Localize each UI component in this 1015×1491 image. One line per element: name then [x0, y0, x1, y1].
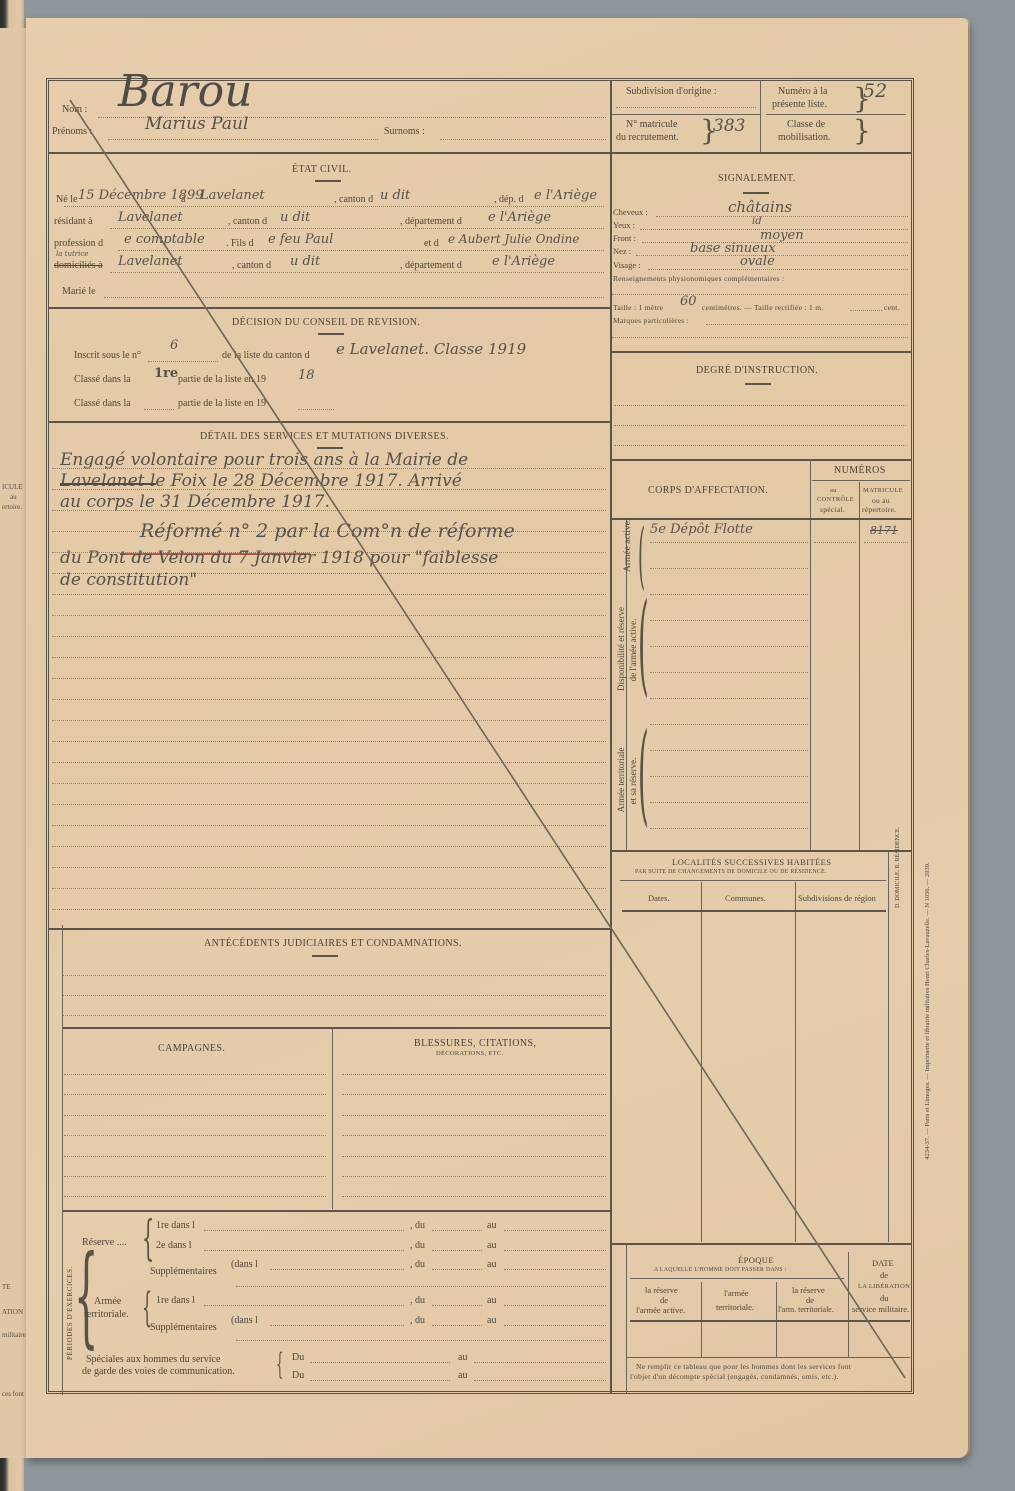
- ruled-line: [650, 620, 808, 621]
- epoque-title: ÉPOQUE: [738, 1255, 774, 1265]
- ruled-line: [614, 425, 906, 426]
- yeux-value: id: [752, 216, 762, 227]
- periodes-side-label: PÉRIODES D'EXERCICES.: [66, 1248, 74, 1378]
- brace-icon: }: [853, 114, 871, 147]
- inscrit-value: 6: [170, 338, 178, 353]
- ruled-line: [612, 294, 908, 295]
- campagnes-title: CAMPAGNES.: [158, 1043, 225, 1054]
- classe1-value: 1re: [154, 366, 178, 381]
- marques-label: Marques particulières :: [613, 316, 689, 325]
- canton2-value: u dit: [280, 210, 310, 225]
- rule: [612, 459, 912, 461]
- disponibilite-label-2: de l'armée active.: [628, 598, 638, 702]
- marie-label: Marié le: [62, 286, 96, 297]
- blessures-subtitle: DÉCORATIONS, ETC.: [436, 1050, 503, 1057]
- ruled-line: [298, 409, 334, 410]
- dep-value: e l'Ariège: [534, 188, 597, 203]
- ruled-line: [648, 269, 908, 270]
- departement3-value: e l'Ariège: [492, 254, 555, 269]
- antecedents-title: ANTÉCÉDENTS JUDICIAIRES ET CONDAMNATIONS…: [204, 938, 462, 949]
- ruled-line: [342, 1176, 606, 1177]
- signalement-title: SIGNALEMENT.: [718, 173, 796, 184]
- classe1-year: 18: [298, 368, 315, 383]
- col-subdivisions: Subdivisions de région: [798, 893, 876, 903]
- ruled-line: [650, 724, 808, 725]
- surnoms-line: [440, 139, 606, 140]
- departement-value: e l'Ariège: [488, 210, 551, 225]
- disponibilite-label-1: Disponibilité et réserve: [616, 584, 626, 714]
- ruled-line: [504, 1230, 606, 1231]
- ruled-line: [650, 646, 808, 647]
- prev-page-fragment: ICULE: [2, 483, 23, 491]
- numero-liste-label-2: présente liste.: [772, 99, 827, 110]
- ruled-line: [342, 1196, 606, 1197]
- fils-label: . Fils d: [226, 238, 254, 249]
- tutrice-note: la tutrice: [56, 250, 88, 258]
- canton2-label: , canton d: [228, 216, 267, 227]
- epoque-col: territoriale.: [716, 1302, 754, 1312]
- ruled-line: [64, 1115, 326, 1116]
- period-du: , du: [410, 1315, 425, 1326]
- domicile-residence-label: D. DOMICILE. R. RÉSIDENCE.: [895, 858, 901, 908]
- period-row-label: 1re dans l: [156, 1295, 195, 1306]
- ruled-line: [504, 1269, 606, 1270]
- epoque-col: de: [660, 1295, 668, 1305]
- renseignements-label: Renseignements physionomiques complément…: [613, 274, 784, 283]
- epoque-col: la réserve: [645, 1285, 678, 1295]
- subdivision-label: Subdivision d'origine :: [626, 86, 717, 97]
- classe-mob-label-1: Classe de: [787, 119, 825, 130]
- ruled-line: [656, 216, 908, 217]
- title-rule: [745, 383, 771, 385]
- rule: [630, 1278, 844, 1279]
- ruled-line: [270, 1269, 404, 1270]
- services-line: Engagé volontaire pour trois ans à la Ma…: [60, 450, 468, 470]
- rule: [612, 152, 912, 154]
- ruled-line: [110, 272, 604, 273]
- divider: [859, 482, 860, 850]
- rule: [812, 480, 910, 481]
- matricule-rep-label: ou au: [872, 496, 890, 505]
- prev-page-fragment: TE: [2, 1283, 11, 1291]
- ruled-line: [650, 568, 808, 569]
- ruled-line: [342, 1135, 606, 1136]
- numero-liste-label-1: Numéro à la: [778, 86, 827, 97]
- period-du: , du: [410, 1240, 425, 1251]
- conseil-title: DÉCISION DU CONSEIL DE REVISION.: [232, 317, 420, 328]
- period-au: au: [487, 1240, 496, 1251]
- ruled-line: [52, 699, 606, 700]
- du-label: Du: [292, 1370, 304, 1381]
- ruled-line: [504, 1325, 606, 1326]
- divider: [626, 1245, 627, 1393]
- ruled-line: [342, 1115, 606, 1116]
- ruled-line: [52, 825, 606, 826]
- prev-page-fragment: militaire.: [2, 1331, 27, 1339]
- etat-civil-title: ÉTAT CIVIL.: [292, 164, 352, 175]
- divider: [848, 1252, 849, 1358]
- ruled-line: [64, 1135, 326, 1136]
- front-label: Front :: [613, 233, 636, 243]
- ruled-line: [204, 1305, 404, 1306]
- liste-canton-value: e Lavelanet. Classe 1919: [336, 340, 526, 358]
- armee-terr-label-1: Armée: [94, 1296, 121, 1307]
- territoriale-label-2: et sa réserve.: [628, 744, 638, 818]
- epoque-note-1: Ne remplir ce tableau que pour les homme…: [636, 1362, 851, 1371]
- matricule-rep-label: MATRICULE: [863, 487, 903, 494]
- divider: [795, 882, 796, 1242]
- canton-value: u dit: [380, 188, 410, 203]
- services-line: du Pont de Velon du 7 Janvier 1918 pour …: [60, 548, 498, 568]
- taille-label-c: cent.: [884, 303, 900, 312]
- ruled-line: [432, 1230, 482, 1231]
- date-liberation-label: LA LIBÉRATION: [858, 1283, 910, 1290]
- period-du: , du: [410, 1295, 425, 1306]
- matricule-value: 383: [713, 116, 745, 136]
- ruled-line: [650, 672, 808, 673]
- prev-page-fragment: ATION: [2, 1308, 23, 1316]
- period-au: au: [487, 1295, 496, 1306]
- epoque-col: l'armée active.: [636, 1305, 685, 1315]
- rule: [48, 307, 610, 309]
- prenoms-line: [108, 139, 378, 140]
- title-rule: [312, 955, 338, 957]
- visage-label: Visage :: [613, 260, 641, 270]
- au-label: au: [458, 1370, 467, 1381]
- ruled-line: [474, 1380, 606, 1381]
- controle-label: spécial.: [820, 505, 845, 514]
- ruled-line: [650, 594, 808, 595]
- ruled-line: [52, 888, 606, 889]
- ruled-line: [52, 909, 606, 910]
- speciales-label-2: de garde des voies de communication.: [82, 1366, 235, 1377]
- ruled-line: [62, 1015, 606, 1016]
- ruled-line: [432, 1305, 482, 1306]
- ruled-line: [52, 636, 606, 637]
- rule: [626, 1357, 910, 1358]
- rule: [622, 910, 886, 912]
- header-divider: [760, 80, 761, 152]
- divider: [888, 852, 889, 1242]
- ruled-line: [62, 975, 606, 976]
- period-row-label: 2e dans l: [156, 1240, 192, 1251]
- departement3-label: , département d: [400, 260, 462, 271]
- ruled-line: [814, 542, 856, 543]
- ruled-line: [270, 1325, 404, 1326]
- armee-terr-label-2: territoriale.: [84, 1309, 129, 1320]
- rule: [630, 1320, 910, 1322]
- ruled-line: [64, 206, 604, 207]
- ruled-line: [64, 1196, 326, 1197]
- ruled-line: [850, 310, 882, 311]
- period-au: au: [487, 1220, 496, 1231]
- prenoms-label: Prénoms :: [52, 126, 92, 137]
- ruled-line: [310, 1362, 450, 1363]
- prenoms-value: Marius Paul: [145, 114, 248, 134]
- ruled-line: [432, 1250, 482, 1251]
- et-de-label: et d: [424, 238, 439, 249]
- period-au: au: [487, 1315, 496, 1326]
- epoque-note-2: l'objet d'un décompte spécial (engagés, …: [630, 1372, 839, 1381]
- matricule-label-1: N° matricule: [626, 119, 677, 130]
- du-label: Du: [292, 1352, 304, 1363]
- period-row-label: (dans l: [231, 1259, 258, 1270]
- taille-value: 60: [680, 294, 697, 309]
- ruled-line: [650, 542, 808, 543]
- prev-page-fragment: ertoire.: [2, 503, 22, 511]
- title-rule: [317, 447, 343, 449]
- epoque-subtitle: A LAQUELLE L'HOMME DOIT PASSER DANS :: [654, 1267, 787, 1273]
- printer-imprint: 4234-37. — Paris et Limoges. — Imprimeri…: [924, 726, 931, 1296]
- controle-label: au: [830, 487, 837, 494]
- ruled-line: [236, 1340, 606, 1341]
- ruled-line: [236, 1286, 606, 1287]
- ruled-line: [342, 1156, 606, 1157]
- brace-icon: {: [276, 1350, 284, 1380]
- ruled-line: [64, 1074, 326, 1075]
- ruled-line: [52, 783, 606, 784]
- ruled-line: [64, 1176, 326, 1177]
- rule: [612, 114, 760, 115]
- ruled-line: [148, 361, 218, 362]
- supplementaires-label: Supplémentaires: [150, 1322, 217, 1333]
- ruled-line: [342, 1094, 606, 1095]
- rule: [766, 114, 906, 115]
- epoque-col: l'armée: [724, 1288, 749, 1298]
- title-rule: [318, 333, 344, 335]
- ruled-line: [118, 250, 604, 251]
- a-label: à: [181, 194, 185, 205]
- canton-label: , canton d: [334, 194, 373, 205]
- epoque-col: la réserve: [792, 1285, 825, 1295]
- ne-le-label: Né le: [56, 194, 77, 205]
- yeux-label: Yeux :: [613, 220, 635, 230]
- classe2-label-a: Classé dans la: [74, 398, 131, 409]
- services-line: Lavelanet le Foix le 28 Décembre 1917. A…: [60, 471, 462, 491]
- speciales-label-1: Spéciales aux hommes du service: [86, 1354, 220, 1365]
- blessures-title: BLESSURES, CITATIONS,: [414, 1038, 536, 1049]
- numero-liste-value: 52: [863, 80, 887, 102]
- armee-active-label: Armée active.: [623, 520, 633, 572]
- reserve-label: Réserve ....: [82, 1237, 127, 1248]
- liste-canton-label: de la liste du canton d: [222, 350, 309, 361]
- ruled-line: [650, 698, 808, 699]
- instruction-title: DEGRÉ D'INSTRUCTION.: [696, 365, 818, 376]
- strikethrough: [60, 483, 156, 485]
- localites-title: LOCALITÉS SUCCESSIVES HABITÉES: [672, 857, 831, 867]
- taille-label-b: centimètres. — Taille rectifiée : 1 m.: [702, 303, 824, 312]
- ruled-line: [614, 405, 906, 406]
- col-communes: Communes.: [725, 893, 766, 903]
- date-liberation-label: de: [880, 1270, 888, 1280]
- classe1-label-a: Classé dans la: [74, 374, 131, 385]
- rule: [612, 351, 912, 353]
- dep-label: , dép. d: [494, 194, 523, 205]
- inscrit-label: Inscrit sous le n°: [74, 350, 141, 361]
- period-row-label: (dans l: [231, 1315, 258, 1326]
- ruled-line: [204, 1230, 404, 1231]
- departement-label: , département d: [400, 216, 462, 227]
- supplementaires-label: Supplémentaires: [150, 1266, 217, 1277]
- title-rule: [315, 180, 341, 182]
- ruled-line: [864, 542, 908, 543]
- rule: [620, 880, 886, 881]
- services-line: au corps le 31 Décembre 1917.: [60, 492, 330, 512]
- subdivision-line: [616, 107, 756, 108]
- ruled-line: [474, 1362, 606, 1363]
- ruled-line: [144, 409, 174, 410]
- ruled-line: [650, 750, 808, 751]
- residant-value: Lavelanet: [118, 210, 183, 225]
- ruled-line: [612, 337, 908, 338]
- services-line: Réformé n° 2 par la Com°n de réforme: [140, 520, 515, 542]
- localites-subtitle: PAR SUITE DE CHANGEMENTS DE DOMICILE OU …: [635, 869, 827, 875]
- residant-label: résidant à: [54, 216, 93, 227]
- ruled-line: [52, 867, 606, 868]
- ruled-line: [614, 445, 906, 446]
- brace-icon: {: [142, 1214, 154, 1262]
- corps-title: CORPS D'AFFECTATION.: [648, 485, 768, 496]
- rule: [62, 1027, 610, 1029]
- ruled-line: [62, 995, 606, 996]
- date-liberation-label: du: [880, 1293, 889, 1303]
- ruled-line: [504, 1250, 606, 1251]
- classe1-label-b: partie de la liste en 19: [178, 374, 266, 385]
- ruled-line: [52, 741, 606, 742]
- brace-icon: {: [74, 1240, 99, 1350]
- visage-value: ovale: [740, 254, 775, 269]
- domicilies-label: domiciliés à: [54, 260, 103, 271]
- canton3-value: u dit: [290, 254, 320, 269]
- canton3-label: , canton d: [232, 260, 271, 271]
- ruled-line: [52, 594, 606, 595]
- ruled-line: [204, 1250, 404, 1251]
- ruled-line: [52, 678, 606, 679]
- ruled-line: [52, 846, 606, 847]
- services-title: DÉTAIL DES SERVICES ET MUTATIONS DIVERSE…: [200, 431, 449, 442]
- ruled-line: [110, 228, 604, 229]
- column-divider: [610, 80, 612, 1394]
- ruled-line: [52, 762, 606, 763]
- profession-value: e comptable: [124, 232, 205, 247]
- controle-label: CONTRÔLE: [817, 496, 854, 503]
- ruled-line: [52, 720, 606, 721]
- ruled-line: [650, 828, 808, 829]
- period-row-label: 1re dans l: [156, 1220, 195, 1231]
- divider: [332, 1029, 333, 1209]
- nom-label: Nom :: [62, 104, 87, 115]
- date-liberation-label: service militaire.: [852, 1304, 909, 1314]
- epoque-col: l'arm. territoriale.: [778, 1305, 834, 1314]
- date-liberation-label: DATE: [872, 1258, 894, 1268]
- rule: [48, 421, 610, 423]
- cheveux-value: châtains: [728, 198, 792, 216]
- inner-margin-line: [62, 925, 63, 1395]
- ruled-line: [64, 1094, 326, 1095]
- ruled-line: [52, 804, 606, 805]
- ruled-line: [650, 802, 808, 803]
- corps-value: 5e Dépôt Flotte: [650, 522, 753, 537]
- ruled-line: [650, 776, 808, 777]
- surnoms-label: Surnoms :: [384, 126, 425, 137]
- epoque-col: de: [806, 1295, 814, 1305]
- col-dates: Dates.: [648, 893, 669, 903]
- ruled-line: [342, 1074, 606, 1075]
- rule: [48, 928, 610, 930]
- period-au: au: [487, 1259, 496, 1270]
- brace-icon: (: [638, 718, 649, 828]
- nom-value: Barou: [118, 66, 252, 117]
- ruled-line: [504, 1305, 606, 1306]
- ruled-line: [52, 657, 606, 658]
- rule: [612, 518, 912, 520]
- divider: [701, 882, 702, 1242]
- rule: [612, 850, 912, 852]
- cheveux-label: Cheveux :: [613, 207, 648, 217]
- classe2-label-b: partie de la liste en 19: [178, 398, 266, 409]
- profession-label: profession d: [54, 238, 103, 249]
- ruled-line: [706, 324, 908, 325]
- ruled-line: [310, 1380, 450, 1381]
- taille-label-a: Taille : 1 mètre: [613, 303, 663, 312]
- title-rule: [743, 192, 769, 194]
- territoriale-label-1: Armée territoriale: [616, 730, 626, 830]
- father-value: e feu Paul: [268, 232, 333, 247]
- ruled-line: [432, 1325, 482, 1326]
- brace-icon: (: [638, 588, 649, 698]
- domicilies-value: Lavelanet: [118, 254, 183, 269]
- period-du: , du: [410, 1220, 425, 1231]
- birthplace-value: Lavelanet: [200, 188, 265, 203]
- matricule-rep-value: 8171: [870, 524, 898, 537]
- rule: [48, 152, 610, 154]
- numeros-title: NUMÉROS: [834, 465, 886, 476]
- prev-page-fragment: au: [10, 493, 17, 501]
- nez-label: Nez :: [613, 246, 631, 256]
- mother-value: e Aubert Julie Ondine: [448, 232, 580, 246]
- ruled-line: [52, 615, 606, 616]
- period-du: , du: [410, 1259, 425, 1270]
- ruled-line: [64, 1156, 326, 1157]
- au-label: au: [458, 1352, 467, 1363]
- prev-page-fragment: ces font: [2, 1390, 24, 1398]
- services-line: de constitution": [60, 570, 197, 590]
- matricule-label-2: du recrutement.: [616, 132, 679, 143]
- rule: [612, 1243, 912, 1245]
- ruled-line: [432, 1269, 482, 1270]
- matricule-rep-label: répertoire.: [862, 505, 896, 514]
- classe-mob-label-2: mobilisation.: [778, 132, 831, 143]
- ruled-line: [104, 297, 604, 298]
